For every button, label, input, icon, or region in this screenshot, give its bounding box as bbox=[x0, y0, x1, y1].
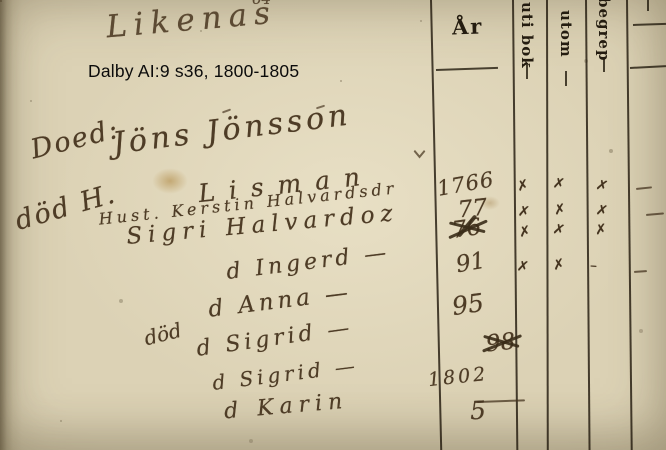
subcolumn-header-begrep: begrep bbox=[595, 0, 613, 61]
check-mark-uti-bok: ✗ bbox=[516, 258, 530, 275]
check-mark-utom: ✗ bbox=[552, 175, 566, 192]
entry-year: 91 bbox=[454, 248, 487, 279]
ink-flourish bbox=[414, 145, 426, 159]
entry-name: d Karin bbox=[223, 389, 349, 425]
entry-year: 1802 bbox=[427, 363, 489, 391]
check-mark-begrep: – bbox=[589, 258, 597, 274]
entry-year-crossed-out: 76 bbox=[450, 214, 483, 244]
year-column-header: År bbox=[452, 13, 484, 39]
subcolumn-header-utom: utom bbox=[557, 10, 575, 58]
entry-margin-note: död bbox=[142, 318, 184, 350]
ink-dash bbox=[634, 270, 647, 273]
check-mark-utom: ✗ bbox=[552, 256, 566, 274]
check-mark-begrep: ✗ bbox=[595, 202, 609, 220]
table-horizontal-line bbox=[633, 23, 666, 26]
header-cell-tick bbox=[565, 71, 567, 86]
check-mark-begrep: ✗ bbox=[594, 221, 607, 238]
check-mark-uti-bok: ✗ bbox=[517, 203, 530, 220]
check-mark-uti-bok: ✗ bbox=[518, 223, 532, 241]
check-mark-uti-bok: ✗ bbox=[515, 177, 530, 195]
table-vertical-line bbox=[585, 0, 591, 450]
subcolumn-header-uti-bok: uti bok bbox=[518, 2, 536, 69]
table-vertical-line bbox=[546, 0, 549, 450]
entry-year: 95 bbox=[450, 288, 486, 321]
entry-margin-note: Doed: bbox=[28, 114, 123, 166]
entry-name: d Ingerd — bbox=[225, 240, 391, 285]
table-horizontal-line bbox=[630, 65, 666, 69]
year-header-underline bbox=[436, 67, 498, 71]
scanned-ledger-page: År uti bok utom begrep Likenas 64 Doed: … bbox=[0, 0, 666, 450]
check-mark-begrep: ✗ bbox=[594, 177, 609, 195]
source-overlay-label: Dalby AI:9 s36, 1800-1805 bbox=[88, 61, 299, 82]
check-mark-utom: ✗ bbox=[553, 201, 567, 218]
page-number: 64 bbox=[252, 0, 271, 8]
ink-stain bbox=[152, 168, 188, 194]
check-mark-utom: ✗ bbox=[551, 221, 566, 239]
header-cell-tick bbox=[647, 0, 649, 11]
ink-dash bbox=[646, 212, 664, 216]
ink-dash bbox=[636, 186, 652, 190]
paper-speckles bbox=[0, 0, 2, 2]
entry-name: d Sigrid — bbox=[195, 315, 355, 362]
entry-year-crossed-out: 98 bbox=[485, 329, 517, 358]
entry-name: d Anna — bbox=[207, 279, 353, 322]
